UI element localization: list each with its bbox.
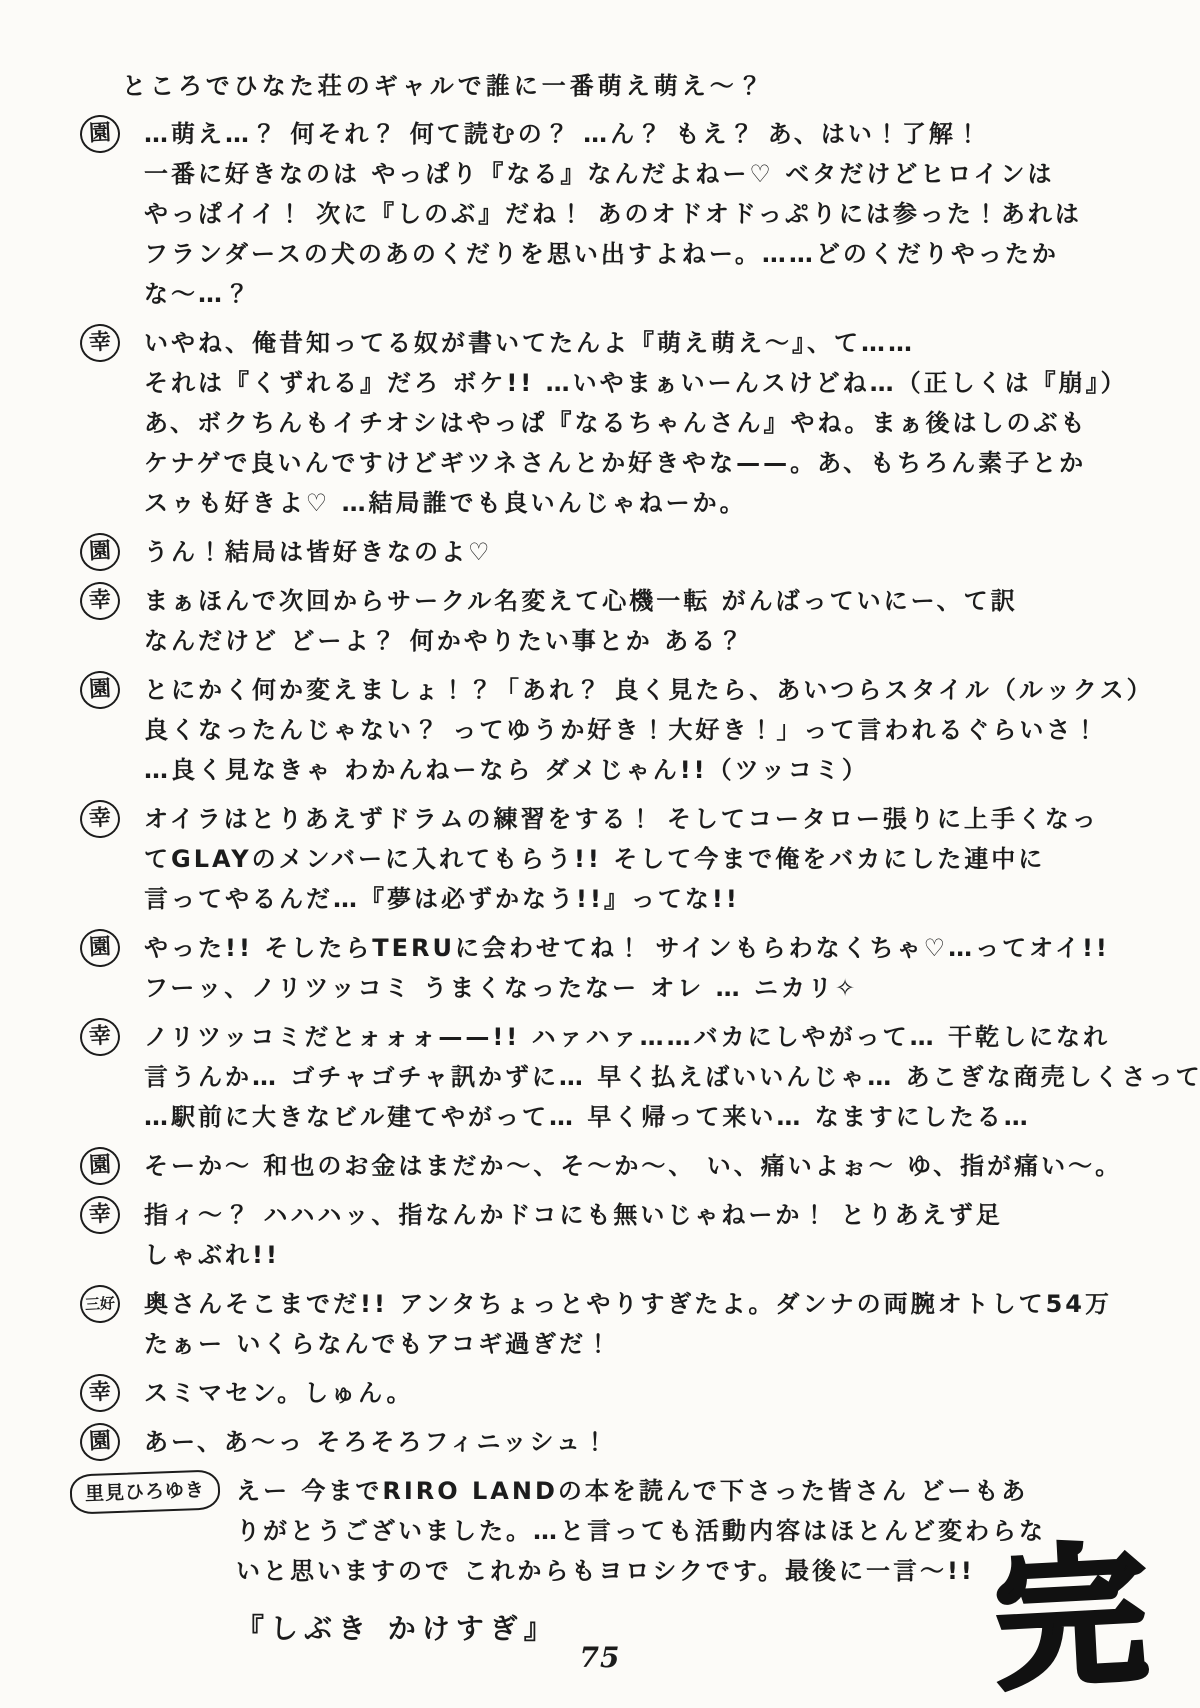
speaker-marker: 園 bbox=[79, 532, 121, 572]
dialogue-line: 言うんか… ゴチャゴチャ訊かずに… 早く払えばいいんじゃ… あこぎな商売しくさっ… bbox=[144, 1057, 1150, 1097]
page-number: 75 bbox=[580, 1641, 621, 1674]
dialogue-line: ノリツッコミだとォォォ——!! ハァハァ……バカにしやがって… 干乾しになれ bbox=[144, 1017, 1150, 1057]
speaker-marker: 園 bbox=[79, 1146, 121, 1186]
dialogue-block: 園うん！結局は皆好きなのよ♡ bbox=[86, 532, 1150, 572]
speaker-marker: 園 bbox=[79, 670, 121, 710]
dialogue-line: てGLAYのメンバーに入れてもらう!! そして今まで俺をバカにした連中に bbox=[144, 839, 1150, 879]
dialogue-line: 一番に好きなのは やっぱり『なる』なんだよねー♡ ベタだけどヒロインは bbox=[144, 154, 1150, 194]
dialogue-line: 奥さんそこまでだ!! アンタちょっとやりすぎたよ。ダンナの両腕オトして54万 bbox=[144, 1284, 1150, 1324]
dialogue-block: 園とにかく何か変えましょ！？「あれ？ 良く見たら、あいつらスタイル（ルックス）良… bbox=[86, 670, 1150, 790]
dialogue-line: …萌え…？ 何それ？ 何て読むの？ …ん？ もえ？ あ、はい！了解！ bbox=[144, 114, 1150, 154]
dialogue-line: まぁほんで次回からサークル名変えて心機一転 がんばっていにー、て訳 bbox=[144, 581, 1150, 621]
dialogue-line: そーか〜 和也のお金はまだか〜、そ〜か〜、 い、痛いよぉ〜 ゆ、指が痛い〜。 bbox=[144, 1146, 1150, 1186]
dialogue-line: それは『くずれる』だろ ボケ!! …いやまぁいーんスけどね…（正しくは『崩』） bbox=[144, 363, 1150, 403]
speaker-marker: 幸 bbox=[79, 581, 121, 621]
dialogue-line: やった!! そしたらTERUに会わせてね！ サインもらわなくちゃ♡…ってオイ!! bbox=[144, 928, 1150, 968]
dialogue-line: 指ィ〜？ ハハハッ、指なんかドコにも無いじゃねーか！ とりあえず足 bbox=[144, 1195, 1150, 1235]
dialogue-line: ケナゲで良いんですけどギツネさんとか好きやな——。あ、もちろん素子とか bbox=[144, 443, 1150, 483]
dialogue-block: 園やった!! そしたらTERUに会わせてね！ サインもらわなくちゃ♡…ってオイ!… bbox=[86, 928, 1150, 1008]
dialogue-line: いやね、俺昔知ってる奴が書いてたんよ『萌え萌え〜』、て…… bbox=[144, 323, 1150, 363]
dialogue-line: フーッ、ノリツッコミ うまくなったなー オレ … ニカリ✧ bbox=[144, 968, 1150, 1008]
speaker-marker: 幸 bbox=[79, 1017, 121, 1057]
dialogue-line: 言ってやるんだ…『夢は必ずかなう!!』ってな!! bbox=[144, 879, 1150, 919]
dialogue-line: フランダースの犬のあのくだりを思い出すよねー。……どのくだりやったか bbox=[144, 234, 1150, 274]
dialogue-line: あー、あ〜っ そろそろフィニッシュ！ bbox=[144, 1422, 1150, 1462]
dialogue-line: …駅前に大きなビル建てやがって… 早く帰って来い… なますにしたる… bbox=[144, 1097, 1150, 1137]
dialogue-block: 幸まぁほんで次回からサークル名変えて心機一転 がんばっていにー、て訳なんだけど … bbox=[86, 581, 1150, 661]
dialogue-line: やっぱイイ！ 次に『しのぶ』だね！ あのオドオドっぷりには参った！あれは bbox=[144, 194, 1150, 234]
speaker-marker: 幸 bbox=[79, 1373, 121, 1413]
dialogue-line: うん！結局は皆好きなのよ♡ bbox=[144, 532, 1150, 572]
speaker-marker: 幸 bbox=[79, 323, 121, 363]
page-title: ところでひなた荘のギャルで誰に一番萌え萌え〜？ bbox=[122, 66, 1150, 106]
dialogue-line: たぁー いくらなんでもアコギ過ぎだ！ bbox=[144, 1324, 1150, 1364]
dialogue-block: 幸ノリツッコミだとォォォ——!! ハァハァ……バカにしやがって… 干乾しになれ言… bbox=[86, 1017, 1150, 1137]
dialogue-block: 幸指ィ〜？ ハハハッ、指なんかドコにも無いじゃねーか！ とりあえず足しゃぶれ!! bbox=[86, 1195, 1150, 1275]
dialogue-block: 幸いやね、俺昔知ってる奴が書いてたんよ『萌え萌え〜』、て……それは『くずれる』だ… bbox=[86, 323, 1150, 523]
dialogue-block: 園そーか〜 和也のお金はまだか〜、そ〜か〜、 い、痛いよぉ〜 ゆ、指が痛い〜。 bbox=[86, 1146, 1150, 1186]
dialogue-block: 園…萌え…？ 何それ？ 何て読むの？ …ん？ もえ？ あ、はい！了解！一番に好き… bbox=[86, 114, 1150, 314]
dialogue-block: 幸スミマセン。しゅん。 bbox=[86, 1373, 1150, 1413]
dialogue-line: スミマセン。しゅん。 bbox=[144, 1373, 1150, 1413]
scanned-doujinshi-page: ところでひなた荘のギャルで誰に一番萌え萌え〜？ 園…萌え…？ 何それ？ 何て読む… bbox=[0, 0, 1200, 1708]
dialogue-line: しゃぶれ!! bbox=[144, 1235, 1150, 1275]
dialogue-block: 里見ひろゆきえー 今までRIRO LANDの本を読んで下さった皆さん どーもあり… bbox=[86, 1471, 1150, 1591]
speaker-marker: 園 bbox=[79, 1422, 121, 1462]
dialogue-line: …良く見なきゃ わかんねーなら ダメじゃん!!（ツッコミ） bbox=[144, 750, 1150, 790]
speaker-marker: 里見ひろゆき bbox=[69, 1469, 220, 1514]
dialogue-line: スゥも好きよ♡ …結局誰でも良いんじゃねーか。 bbox=[144, 483, 1150, 523]
dialogue-transcript: 園…萌え…？ 何それ？ 何て読むの？ …ん？ もえ？ あ、はい！了解！一番に好き… bbox=[86, 114, 1150, 1591]
end-mark-kanji: 完 bbox=[992, 1540, 1150, 1698]
speaker-marker: 幸 bbox=[79, 1195, 121, 1235]
dialogue-line: とにかく何か変えましょ！？「あれ？ 良く見たら、あいつらスタイル（ルックス） bbox=[144, 670, 1150, 710]
dialogue-line: あ、ボクちんもイチオシはやっぱ『なるちゃんさん』やね。まぁ後はしのぶも bbox=[144, 403, 1150, 443]
page-content: ところでひなた荘のギャルで誰に一番萌え萌え〜？ 園…萌え…？ 何それ？ 何て読む… bbox=[86, 66, 1150, 1658]
speaker-marker: 三好 bbox=[79, 1284, 121, 1324]
speaker-marker: 幸 bbox=[79, 799, 121, 839]
dialogue-line: オイラはとりあえずドラムの練習をする！ そしてコータロー張りに上手くなっ bbox=[144, 799, 1150, 839]
dialogue-line: えー 今までRIRO LANDの本を読んで下さった皆さん どーもあ bbox=[236, 1471, 1150, 1511]
dialogue-block: 幸オイラはとりあえずドラムの練習をする！ そしてコータロー張りに上手くなってGL… bbox=[86, 799, 1150, 919]
speaker-marker: 園 bbox=[79, 114, 121, 154]
dialogue-line: な〜…？ bbox=[144, 274, 1150, 314]
dialogue-block: 園あー、あ〜っ そろそろフィニッシュ！ bbox=[86, 1422, 1150, 1462]
dialogue-line: なんだけど どーよ？ 何かやりたい事とか ある？ bbox=[144, 621, 1150, 661]
dialogue-line: 良くなったんじゃない？ ってゆうか好き！大好き！」って言われるぐらいさ！ bbox=[144, 710, 1150, 750]
dialogue-block: 三好奥さんそこまでだ!! アンタちょっとやりすぎたよ。ダンナの両腕オトして54万… bbox=[86, 1284, 1150, 1364]
speaker-marker: 園 bbox=[79, 928, 121, 968]
